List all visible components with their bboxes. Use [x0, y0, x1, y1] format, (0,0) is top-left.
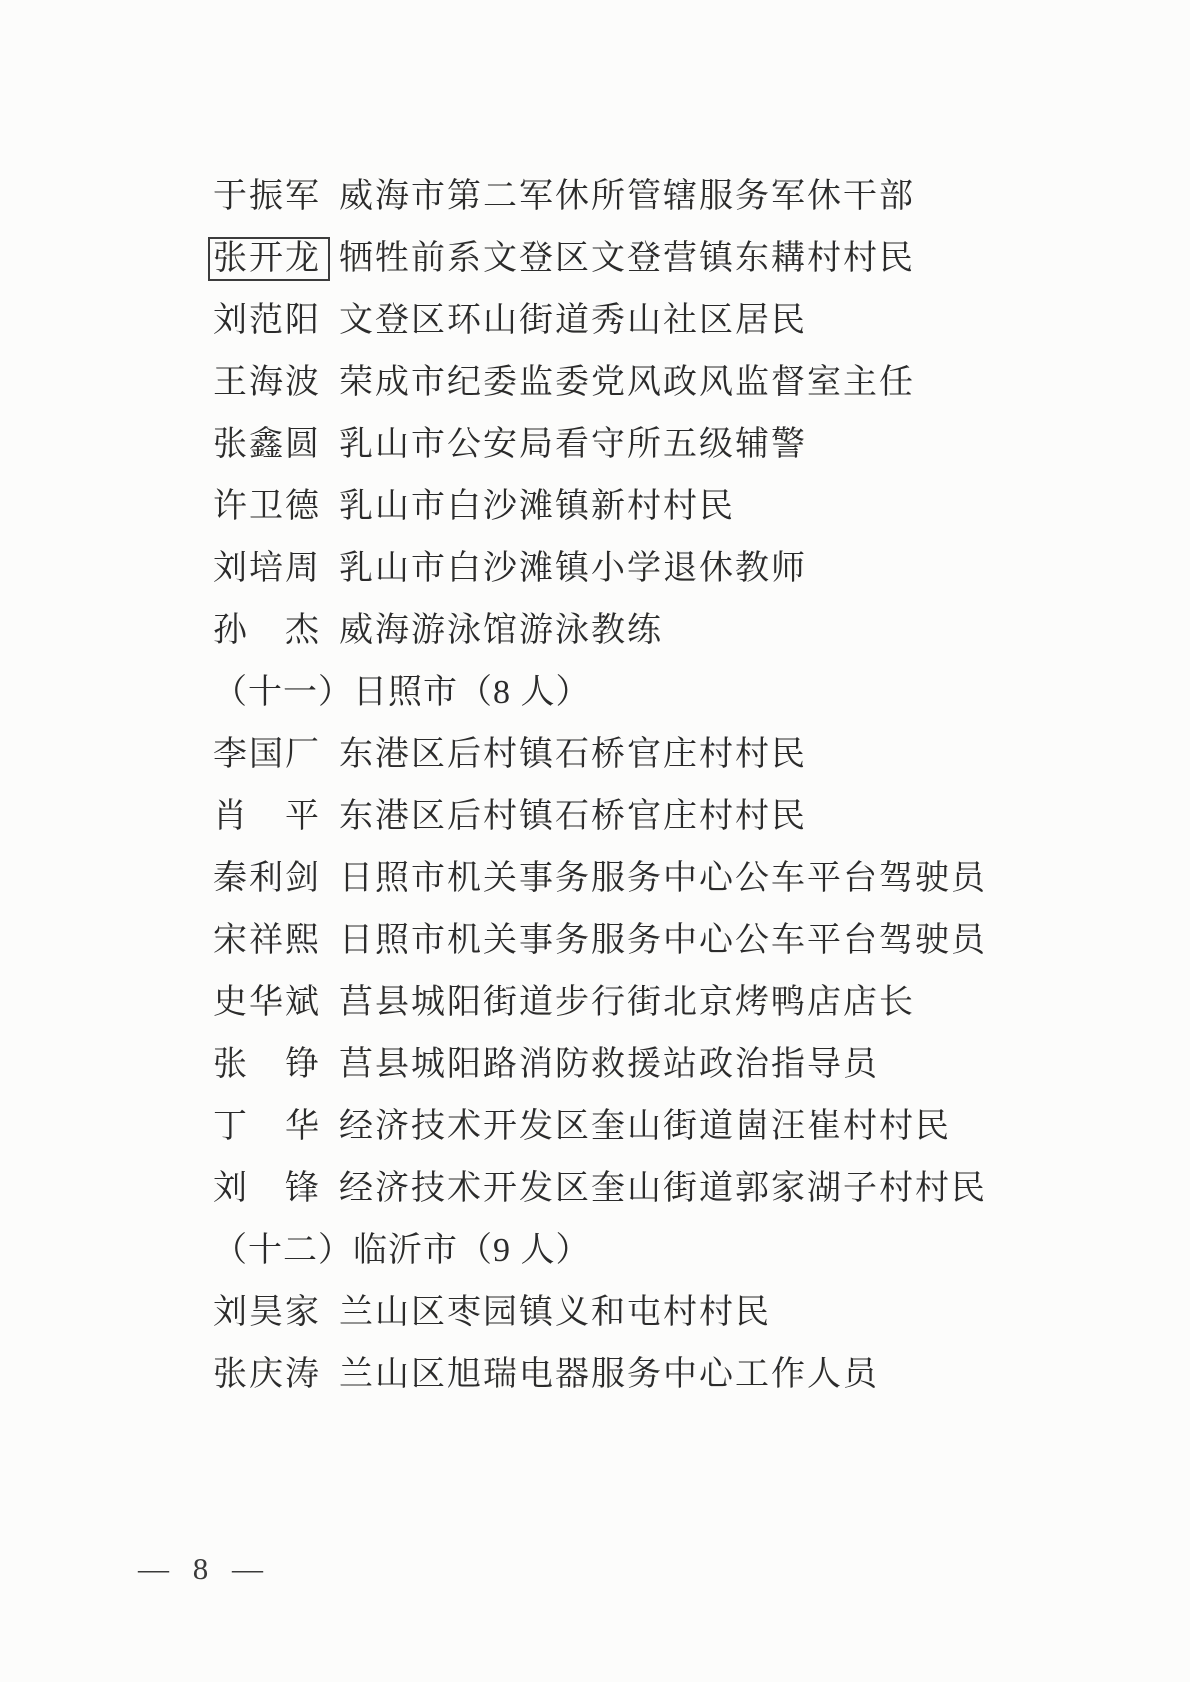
person-name: 刘培周	[213, 552, 325, 586]
person-description: 兰山区枣园镇义和屯村村民	[339, 1296, 771, 1330]
person-description: 乳山市公安局看守所五级辅警	[339, 428, 807, 462]
list-item: 史华斌 莒县城阳街道步行街北京烤鸭店店长	[213, 972, 1093, 1034]
person-description: 威海游泳馆游泳教练	[339, 614, 663, 648]
person-description: 经济技术开发区奎山街道崮汪崔村村民	[339, 1110, 951, 1144]
person-name: 秦利剑	[213, 862, 325, 896]
list-item: 刘培周 乳山市白沙滩镇小学退休教师	[213, 538, 1093, 600]
person-description: 文登区环山街道秀山社区居民	[339, 304, 807, 338]
section-header: （十二）临沂市（9 人）	[213, 1220, 1093, 1282]
person-description: 兰山区旭瑞电器服务中心工作人员	[339, 1358, 879, 1392]
person-description: 东港区后村镇石桥官庄村村民	[339, 738, 807, 772]
section-header: （十一）日照市（8 人）	[213, 662, 1093, 724]
person-description: 日照市机关事务服务中心公车平台驾驶员	[339, 924, 987, 958]
person-name: 丁 华	[213, 1110, 325, 1144]
person-description: 乳山市白沙滩镇新村村民	[339, 490, 735, 524]
person-description: 荣成市纪委监委党风政风监督室主任	[339, 366, 915, 400]
person-name: 孙 杰	[213, 614, 325, 648]
honoree-list: 于振军 威海市第二军休所管辖服务军休干部 张开龙 牺牲前系文登区文登营镇东耩村村…	[213, 166, 1093, 1406]
person-description: 日照市机关事务服务中心公车平台驾驶员	[339, 862, 987, 896]
person-description: 牺牲前系文登区文登营镇东耩村村民	[339, 242, 915, 276]
person-name: 宋祥熙	[213, 924, 325, 958]
list-item: 肖 平 东港区后村镇石桥官庄村村民	[213, 786, 1093, 848]
person-description: 威海市第二军休所管辖服务军休干部	[339, 180, 915, 214]
list-item: 张鑫圆 乳山市公安局看守所五级辅警	[213, 414, 1093, 476]
list-item: 宋祥熙 日照市机关事务服务中心公车平台驾驶员	[213, 910, 1093, 972]
list-item: 王海波 荣成市纪委监委党风政风监督室主任	[213, 352, 1093, 414]
person-description: 莒县城阳路消防救援站政治指导员	[339, 1048, 879, 1082]
person-description: 莒县城阳街道步行街北京烤鸭店店长	[339, 986, 915, 1020]
list-item: 刘 锋 经济技术开发区奎山街道郭家湖子村村民	[213, 1158, 1093, 1220]
list-item: 李国厂 东港区后村镇石桥官庄村村民	[213, 724, 1093, 786]
list-item: 孙 杰 威海游泳馆游泳教练	[213, 600, 1093, 662]
list-item: 于振军 威海市第二军休所管辖服务军休干部	[213, 166, 1093, 228]
list-item: 秦利剑 日照市机关事务服务中心公车平台驾驶员	[213, 848, 1093, 910]
section-header-label: （十一）日照市（8 人）	[213, 676, 591, 710]
person-name: 张 铮	[213, 1048, 325, 1082]
person-name: 刘范阳	[213, 304, 325, 338]
person-name: 张鑫圆	[213, 428, 325, 462]
person-name: 李国厂	[213, 738, 325, 772]
person-name: 刘昊家	[213, 1296, 325, 1330]
list-item: 丁 华 经济技术开发区奎山街道崮汪崔村村民	[213, 1096, 1093, 1158]
person-description: 东港区后村镇石桥官庄村村民	[339, 800, 807, 834]
person-name: 王海波	[213, 366, 325, 400]
list-item: 张开龙 牺牲前系文登区文登营镇东耩村村民	[213, 228, 1093, 290]
list-item: 张庆涛 兰山区旭瑞电器服务中心工作人员	[213, 1344, 1093, 1406]
list-item: 许卫德 乳山市白沙滩镇新村村民	[213, 476, 1093, 538]
section-header-label: （十二）临沂市（9 人）	[213, 1234, 591, 1268]
person-name: 张开龙	[213, 242, 325, 276]
person-name: 刘 锋	[213, 1172, 325, 1206]
person-name: 于振军	[213, 180, 325, 214]
list-item: 刘昊家 兰山区枣园镇义和屯村村民	[213, 1282, 1093, 1344]
list-item: 刘范阳 文登区环山街道秀山社区居民	[213, 290, 1093, 352]
document-page: 于振军 威海市第二军休所管辖服务军休干部 张开龙 牺牲前系文登区文登营镇东耩村村…	[0, 0, 1190, 1682]
person-description: 乳山市白沙滩镇小学退休教师	[339, 552, 807, 586]
person-description: 经济技术开发区奎山街道郭家湖子村村民	[339, 1172, 987, 1206]
person-name: 肖 平	[213, 800, 325, 834]
page-number: — 8 —	[138, 1551, 271, 1587]
person-name: 史华斌	[213, 986, 325, 1020]
person-name: 许卫德	[213, 490, 325, 524]
list-item: 张 铮 莒县城阳路消防救援站政治指导员	[213, 1034, 1093, 1096]
person-name: 张庆涛	[213, 1358, 325, 1392]
